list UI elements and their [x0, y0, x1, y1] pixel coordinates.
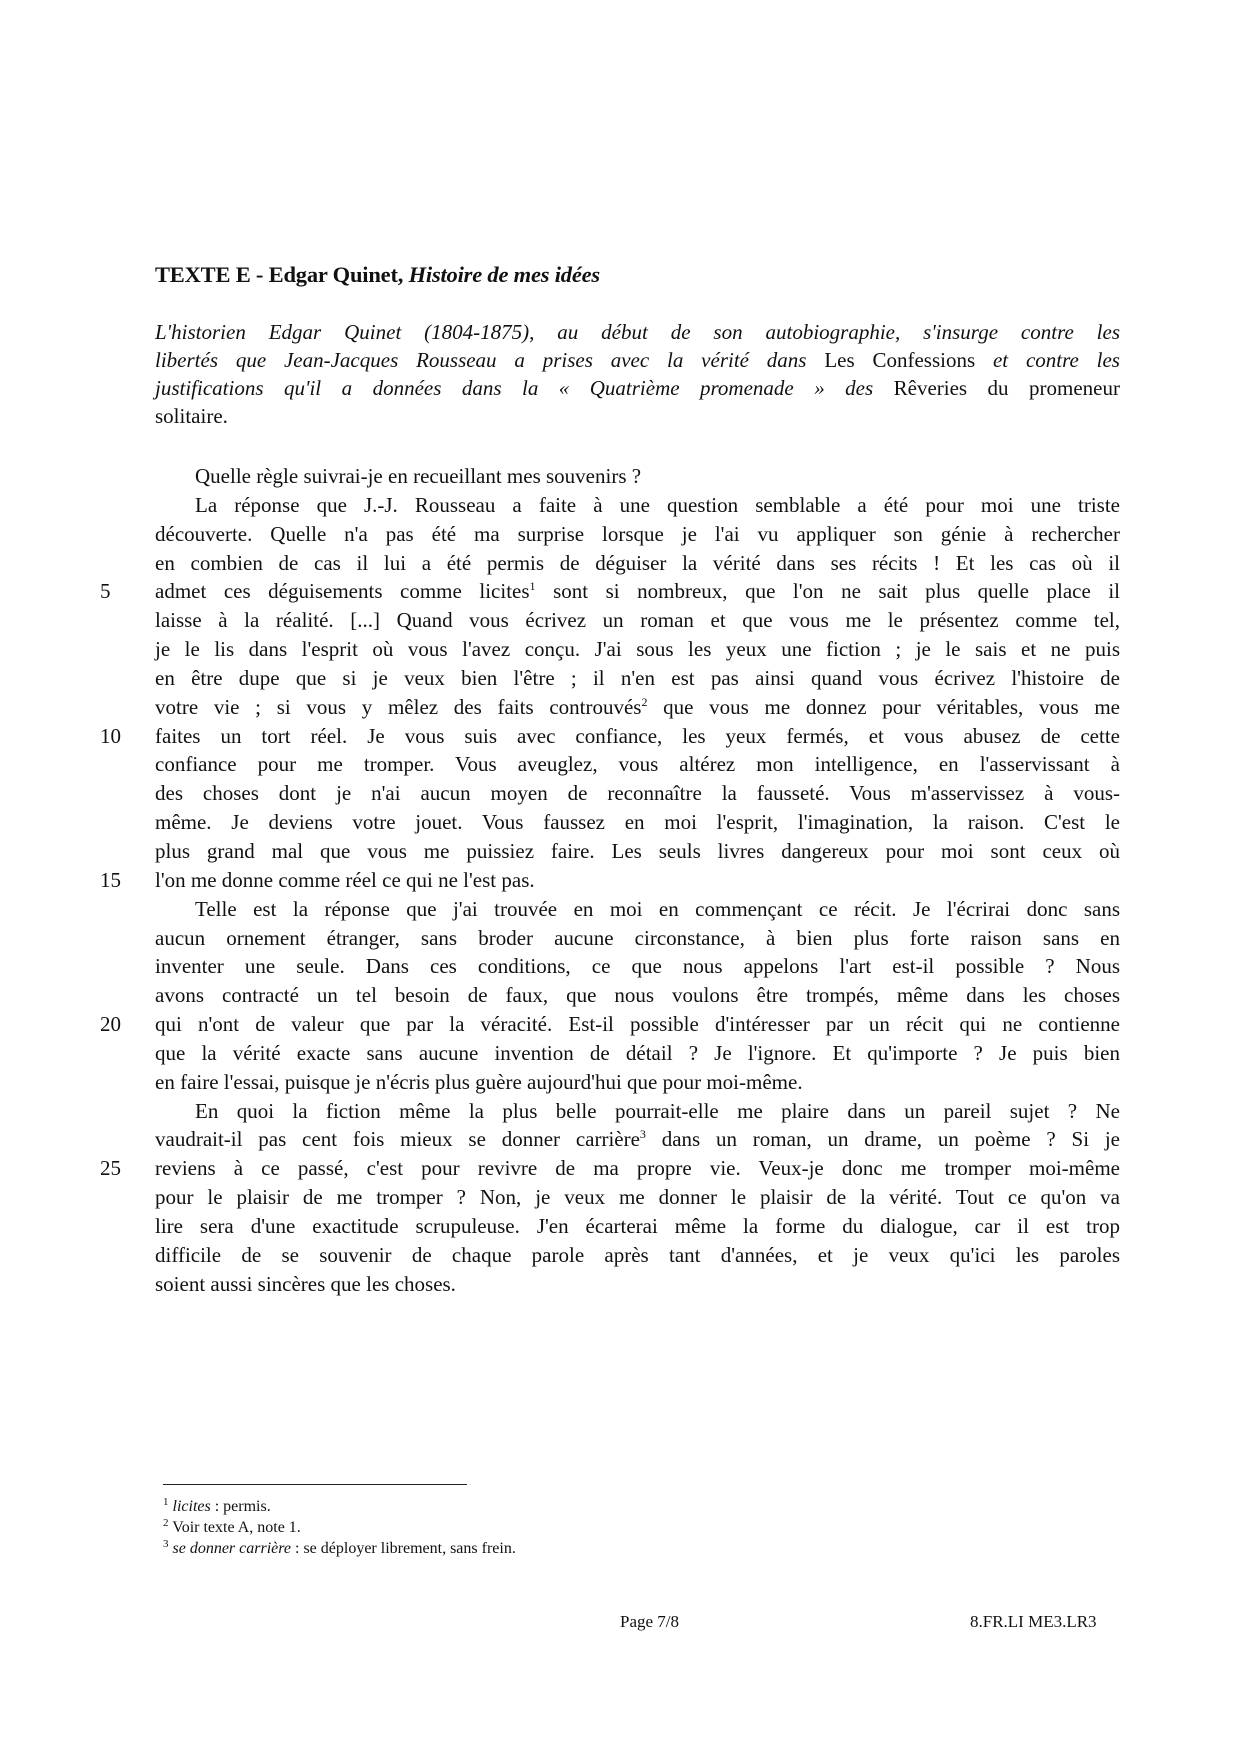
intro-text: justifications qu'il a données dans la «… [155, 376, 894, 400]
footnote-term: licites [173, 1498, 211, 1515]
text-line: soient aussi sincères que les choses. [155, 1270, 1120, 1299]
text-line: inventer une seule. Dans ces conditions,… [155, 952, 1120, 981]
intro-text: L'historien Edgar Quinet (1804-1875), au… [155, 320, 1120, 344]
footnote-term: se donner carrière [173, 1540, 292, 1557]
footnote-definition: : permis. [211, 1498, 271, 1515]
text-line: votre vie ; si vous y mêlez des faits co… [155, 693, 1120, 722]
title-work: Histoire de mes idées [409, 262, 600, 287]
line-text: lire sera d'une exactitude scrupuleuse. … [155, 1214, 1120, 1238]
title-prefix: TEXTE E - Edgar Quinet, [155, 262, 409, 287]
line-text: je le lis dans l'esprit où vous l'avez c… [155, 637, 1120, 661]
line-text: en être dupe que si je veux bien l'être … [155, 666, 1120, 690]
text-line: en faire l'essai, puisque je n'écris plu… [155, 1068, 1120, 1097]
work-title: Rêveries du promeneur [894, 376, 1120, 400]
footnote-definition: : se déployer librement, sans frein. [291, 1540, 516, 1557]
line-text: difficile de se souvenir de chaque parol… [155, 1243, 1120, 1267]
text-line: que la vérité exacte sans aucune inventi… [155, 1039, 1120, 1068]
line-number: 20 [100, 1010, 130, 1039]
footnote-number: 1 [163, 1496, 169, 1508]
text-line: La réponse que J.-J. Rousseau a faite à … [155, 491, 1120, 520]
line-number: 15 [100, 866, 130, 895]
line-text: votre vie ; si vous y mêlez des faits co… [155, 695, 641, 719]
line-text: reviens à ce passé, c'est pour revivre d… [155, 1156, 1120, 1180]
line-text: confiance pour me tromper. Vous aveuglez… [155, 752, 1120, 776]
text-line: vaudrait-il pas cent fois mieux se donne… [155, 1125, 1120, 1154]
work-title: solitaire. [155, 404, 228, 428]
text-line: Quelle règle suivrai-je en recueillant m… [155, 462, 1120, 491]
footnote-number: 2 [163, 1517, 169, 1529]
work-title: Les Confessions [824, 348, 975, 372]
line-text-continued: que vous me donnez pour véritables, vous… [647, 695, 1120, 719]
intro-paragraph: L'historien Edgar Quinet (1804-1875), au… [155, 318, 1120, 430]
text-line: En quoi la fiction même la plus belle po… [155, 1097, 1120, 1126]
text-line: 10faites un tort réel. Je vous suis avec… [155, 722, 1120, 751]
line-text: l'on me donne comme réel ce qui ne l'est… [155, 868, 535, 892]
footnote: 2 Voir texte A, note 1. [163, 1517, 516, 1538]
text-line: découverte. Quelle n'a pas été ma surpri… [155, 520, 1120, 549]
line-text: découverte. Quelle n'a pas été ma surpri… [155, 522, 1120, 546]
line-text-continued: dans un roman, un drame, un poème ? Si j… [646, 1127, 1120, 1151]
text-line: confiance pour me tromper. Vous aveuglez… [155, 750, 1120, 779]
footnote-definition: Voir texte A, note 1. [172, 1519, 301, 1536]
line-number: 10 [100, 722, 130, 751]
line-text: aucun ornement étranger, sans broder auc… [155, 926, 1120, 950]
line-text: même. Je deviens votre jouet. Vous fauss… [155, 810, 1120, 834]
intro-line: libertés que Jean-Jacques Rousseau a pri… [155, 346, 1120, 374]
text-line: je le lis dans l'esprit où vous l'avez c… [155, 635, 1120, 664]
line-number: 5 [100, 577, 130, 606]
intro-text: libertés que Jean-Jacques Rousseau a pri… [155, 348, 824, 372]
line-text: qui n'ont de valeur que par la véracité.… [155, 1012, 1120, 1036]
line-text: vaudrait-il pas cent fois mieux se donne… [155, 1127, 640, 1151]
text-line: lire sera d'une exactitude scrupuleuse. … [155, 1212, 1120, 1241]
line-text: en faire l'essai, puisque je n'écris plu… [155, 1070, 803, 1094]
text-line: avons contracté un tel besoin de faux, q… [155, 981, 1120, 1010]
text-line: plus grand mal que vous me puissiez fair… [155, 837, 1120, 866]
line-text: En quoi la fiction même la plus belle po… [195, 1099, 1120, 1123]
line-text: admet ces déguisements comme licites [155, 579, 530, 603]
line-text: inventer une seule. Dans ces conditions,… [155, 954, 1120, 978]
line-text: Telle est la réponse que j'ai trouvée en… [195, 897, 1120, 921]
text-line: Telle est la réponse que j'ai trouvée en… [155, 895, 1120, 924]
line-text: plus grand mal que vous me puissiez fair… [155, 839, 1120, 863]
text-line: des choses dont je n'ai aucun moyen de r… [155, 779, 1120, 808]
line-text: pour le plaisir de me tromper ? Non, je … [155, 1185, 1120, 1209]
text-line: pour le plaisir de me tromper ? Non, je … [155, 1183, 1120, 1212]
line-text: Quelle règle suivrai-je en recueillant m… [195, 464, 641, 488]
intro-text: et contre les [975, 348, 1120, 372]
footnote-separator [163, 1484, 467, 1485]
line-text: laisse à la réalité. [...] Quand vous éc… [155, 608, 1120, 632]
text-line: laisse à la réalité. [...] Quand vous éc… [155, 606, 1120, 635]
line-text: en combien de cas il lui a été permis de… [155, 551, 1120, 575]
intro-line: solitaire. [155, 402, 1120, 430]
text-line: en combien de cas il lui a été permis de… [155, 549, 1120, 578]
text-line: difficile de se souvenir de chaque parol… [155, 1241, 1120, 1270]
line-text: des choses dont je n'ai aucun moyen de r… [155, 781, 1120, 805]
footnote-number: 3 [163, 1538, 169, 1550]
line-text: soient aussi sincères que les choses. [155, 1272, 456, 1296]
main-text: Quelle règle suivrai-je en recueillant m… [155, 462, 1120, 1298]
page-number: Page 7/8 [620, 1612, 679, 1632]
line-text-continued: sont si nombreux, que l'on ne sait plus … [536, 579, 1120, 603]
intro-line: L'historien Edgar Quinet (1804-1875), au… [155, 318, 1120, 346]
text-line: en être dupe que si je veux bien l'être … [155, 664, 1120, 693]
line-text: que la vérité exacte sans aucune inventi… [155, 1041, 1120, 1065]
text-line: 5admet ces déguisements comme licites1 s… [155, 577, 1120, 606]
footnote: 1 licites : permis. [163, 1496, 516, 1517]
text-line: même. Je deviens votre jouet. Vous fauss… [155, 808, 1120, 837]
footnotes: 1 licites : permis.2 Voir texte A, note … [163, 1496, 516, 1559]
text-line: 25reviens à ce passé, c'est pour revivre… [155, 1154, 1120, 1183]
line-text: faites un tort réel. Je vous suis avec c… [155, 724, 1120, 748]
document-page: TEXTE E - Edgar Quinet, Histoire de mes … [0, 0, 1240, 1754]
intro-line: justifications qu'il a données dans la «… [155, 374, 1120, 402]
text-line: 20qui n'ont de valeur que par la véracit… [155, 1010, 1120, 1039]
footnote: 3 se donner carrière : se déployer libre… [163, 1538, 516, 1559]
line-text: La réponse que J.-J. Rousseau a faite à … [195, 493, 1120, 517]
document-title: TEXTE E - Edgar Quinet, Histoire de mes … [155, 262, 600, 288]
line-text: avons contracté un tel besoin de faux, q… [155, 983, 1120, 1007]
text-line: aucun ornement étranger, sans broder auc… [155, 924, 1120, 953]
line-number: 25 [100, 1154, 130, 1183]
text-line: 15l'on me donne comme réel ce qui ne l'e… [155, 866, 1120, 895]
document-code: 8.FR.LI ME3.LR3 [970, 1612, 1097, 1632]
